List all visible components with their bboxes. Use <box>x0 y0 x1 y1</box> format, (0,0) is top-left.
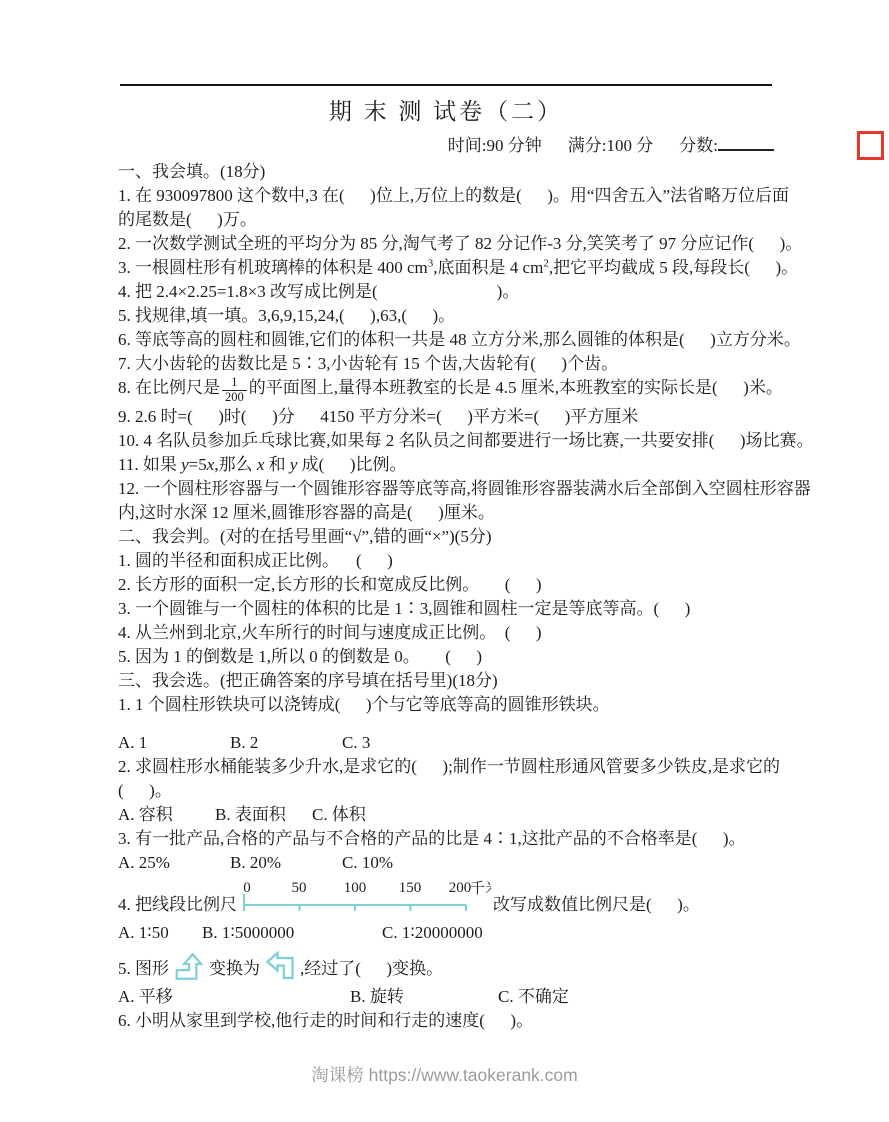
option: A. 25% <box>118 851 230 875</box>
section-1-heading: 一、我会填。(18分) <box>118 160 786 184</box>
top-rule <box>120 84 772 86</box>
fraction: 1200 <box>222 376 247 405</box>
question-text: ,底面积是 4 cm <box>433 258 543 277</box>
option: B. 1∶5000000 <box>202 921 382 945</box>
choice-options-4: A. 1∶50B. 1∶5000000C. 1∶20000000 <box>118 921 786 945</box>
question-text: 4. 把线段比例尺 <box>118 893 237 917</box>
fill-question-2: 2. 一次数学测试全班的平均分为 85 分,淘气考了 82 分记作-3 分,笑笑… <box>118 232 786 256</box>
question-text: 成( )比例。 <box>297 455 406 474</box>
judge-question-2: 2. 长方形的面积一定,长方形的长和宽成反比例。 ( ) <box>118 573 786 597</box>
fill-question-10: 10. 4 名队员参加乒乓球比赛,如果每 2 名队员之间都要进行一场比赛,一共要… <box>118 429 786 453</box>
choice-options-2: A. 容积B. 表面积C. 体积 <box>118 803 786 827</box>
scale-tick-label: 100 <box>344 880 367 896</box>
option: A. 平移 <box>118 985 350 1009</box>
score-blank-line <box>718 134 774 151</box>
question-text: 11. 如果 <box>118 455 181 474</box>
exam-meta: 时间:90 分钟满分:100 分分数: <box>118 131 774 156</box>
question-text: 5. 图形 <box>118 957 169 981</box>
judge-question-5: 5. 因为 1 的倒数是 1,所以 0 的倒数是 0。 ( ) <box>118 645 786 669</box>
question-text: 变换为 <box>209 957 260 981</box>
question-text: ,经过了( )变换。 <box>300 957 443 981</box>
choice-question-2-line-2: ( )。 <box>118 779 786 803</box>
fill-question-12-line-2: 内,这时水深 12 厘米,圆锥形容器的高是( )厘米。 <box>118 501 786 525</box>
scale-tick-label: 200 <box>449 880 472 896</box>
judge-question-3: 3. 一个圆锥与一个圆柱的体积的比是 1∶3,圆锥和圆柱一定是等底等高。( ) <box>118 597 786 621</box>
option: B. 旋转 <box>350 985 498 1009</box>
choice-question-6: 6. 小明从家里到学校,他行走的时间和行走的速度( )。 <box>118 1009 786 1033</box>
question-text: =5 <box>189 455 207 474</box>
red-marker-box <box>857 131 884 160</box>
fraction-denominator: 200 <box>222 391 247 405</box>
question-text: ,那么 <box>214 455 257 474</box>
judge-question-4: 4. 从兰州到北京,火车所行的时间与速度成正比例。 ( ) <box>118 621 786 645</box>
choice-question-2-line-1: 2. 求圆柱形水桶能装多少升水,是求它的( );制作一节圆柱形通风管要多少铁皮,… <box>118 755 786 779</box>
option: C. 3 <box>342 731 370 755</box>
fill-question-3: 3. 一根圆柱形有机玻璃棒的体积是 400 cm3,底面积是 4 cm2,把它平… <box>118 256 786 280</box>
fill-question-4: 4. 把 2.4×2.25=1.8×3 改写成比例是( )。 <box>118 280 786 304</box>
scale-unit-label: 千米 <box>470 880 491 897</box>
option: C. 10% <box>342 851 393 875</box>
fill-question-6: 6. 等底等高的圆柱和圆锥,它们的体积一共是 48 立方分米,那么圆锥的体积是(… <box>118 328 786 352</box>
choice-question-1: 1. 1 个圆柱形铁块可以浇铸成( )个与它等底等高的圆锥形铁块。 <box>118 693 786 717</box>
fill-question-1-line-1: 1. 在 930097800 这个数中,3 在( )位上,万位上的数是( )。用… <box>118 184 786 208</box>
fill-question-8: 8. 在比例尺是1200的平面图上,量得本班教室的长是 4.5 厘米,本班教室的… <box>118 376 786 405</box>
choice-options-3: A. 25%B. 20%C. 10% <box>118 851 786 875</box>
question-text: 改写成数值比例尺是( )。 <box>493 893 700 917</box>
fill-question-11: 11. 如果 y=5x,那么 x 和 y 成( )比例。 <box>118 453 786 477</box>
section-3-heading: 三、我会选。(把正确答案的序号填在括号里)(18分) <box>118 669 786 693</box>
scale-tick-label: 50 <box>292 880 307 896</box>
fraction-numerator: 1 <box>222 376 247 391</box>
option: C. 体积 <box>312 803 366 827</box>
full-score-label: 满分:100 分 <box>568 136 653 155</box>
choice-question-5: 5. 图形变换为,经过了( )变换。 <box>118 951 786 981</box>
option: C. 不确定 <box>498 985 569 1009</box>
fill-question-7: 7. 大小齿轮的齿数比是 5∶3,小齿轮有 15 个齿,大齿轮有( )个齿。 <box>118 352 786 376</box>
option: A. 1∶50 <box>118 921 202 945</box>
site-footer: 淘课榜 https://www.taokerank.com <box>0 1062 889 1087</box>
fill-question-9: 9. 2.6 时=( )时( )分 4150 平方分米=( )平方米=( )平方… <box>118 405 786 429</box>
choice-question-3: 3. 有一批产品,合格的产品与不合格的产品的比是 4∶1,这批产品的不合格率是(… <box>118 827 786 851</box>
question-text: 8. 在比例尺是 <box>118 378 220 397</box>
option: A. 容积 <box>118 803 215 827</box>
choice-question-4: 4. 把线段比例尺050100150200千米改写成数值比例尺是( )。 <box>118 879 786 917</box>
linear-scale-bar-icon: 050100150200千米 <box>239 879 491 917</box>
scale-tick-label: 150 <box>399 880 422 896</box>
judge-question-1: 1. 圆的半径和面积成正比例。 ( ) <box>118 549 786 573</box>
choice-options-1: A. 1B. 2C. 3 <box>118 731 786 755</box>
option: A. 1 <box>118 731 230 755</box>
question-text: 的平面图上,量得本班教室的长是 4.5 厘米,本班教室的实际长是( )米。 <box>249 378 783 397</box>
exam-title: 期 末 测 试卷（二） <box>120 93 772 126</box>
option: B. 表面积 <box>215 803 312 827</box>
question-text: 3. 一根圆柱形有机玻璃棒的体积是 400 cm <box>118 258 428 277</box>
question-text: 和 <box>264 455 290 474</box>
fill-question-1-line-2: 的尾数是( )万。 <box>118 208 786 232</box>
time-label: 时间:90 分钟 <box>448 136 542 155</box>
bent-arrow-left-icon <box>265 951 295 980</box>
var-y: y <box>181 455 189 474</box>
question-text: ,把它平均截成 5 段,每段长( )。 <box>549 258 798 277</box>
exam-paper-page: 期 末 测 试卷（二） 时间:90 分钟满分:100 分分数: 一、我会填。(1… <box>0 0 889 1122</box>
score-label: 分数: <box>679 136 718 155</box>
scale-tick-label: 0 <box>243 880 251 896</box>
bent-arrow-up-icon <box>174 953 204 980</box>
option: B. 20% <box>230 851 342 875</box>
choice-options-5: A. 平移B. 旋转C. 不确定 <box>118 985 786 1009</box>
exam-body: 一、我会填。(18分) 1. 在 930097800 这个数中,3 在( )位上… <box>118 160 786 1033</box>
option: C. 1∶20000000 <box>382 921 483 945</box>
section-2-heading: 二、我会判。(对的在括号里画“√”,错的画“×”)(5分) <box>118 525 786 549</box>
fill-question-12-line-1: 12. 一个圆柱形容器与一个圆锥形容器等底等高,将圆锥形容器装满水后全部倒入空圆… <box>118 477 786 501</box>
fill-question-5: 5. 找规律,填一填。3,6,9,15,24,( ),63,( )。 <box>118 304 786 328</box>
option: B. 2 <box>230 731 342 755</box>
